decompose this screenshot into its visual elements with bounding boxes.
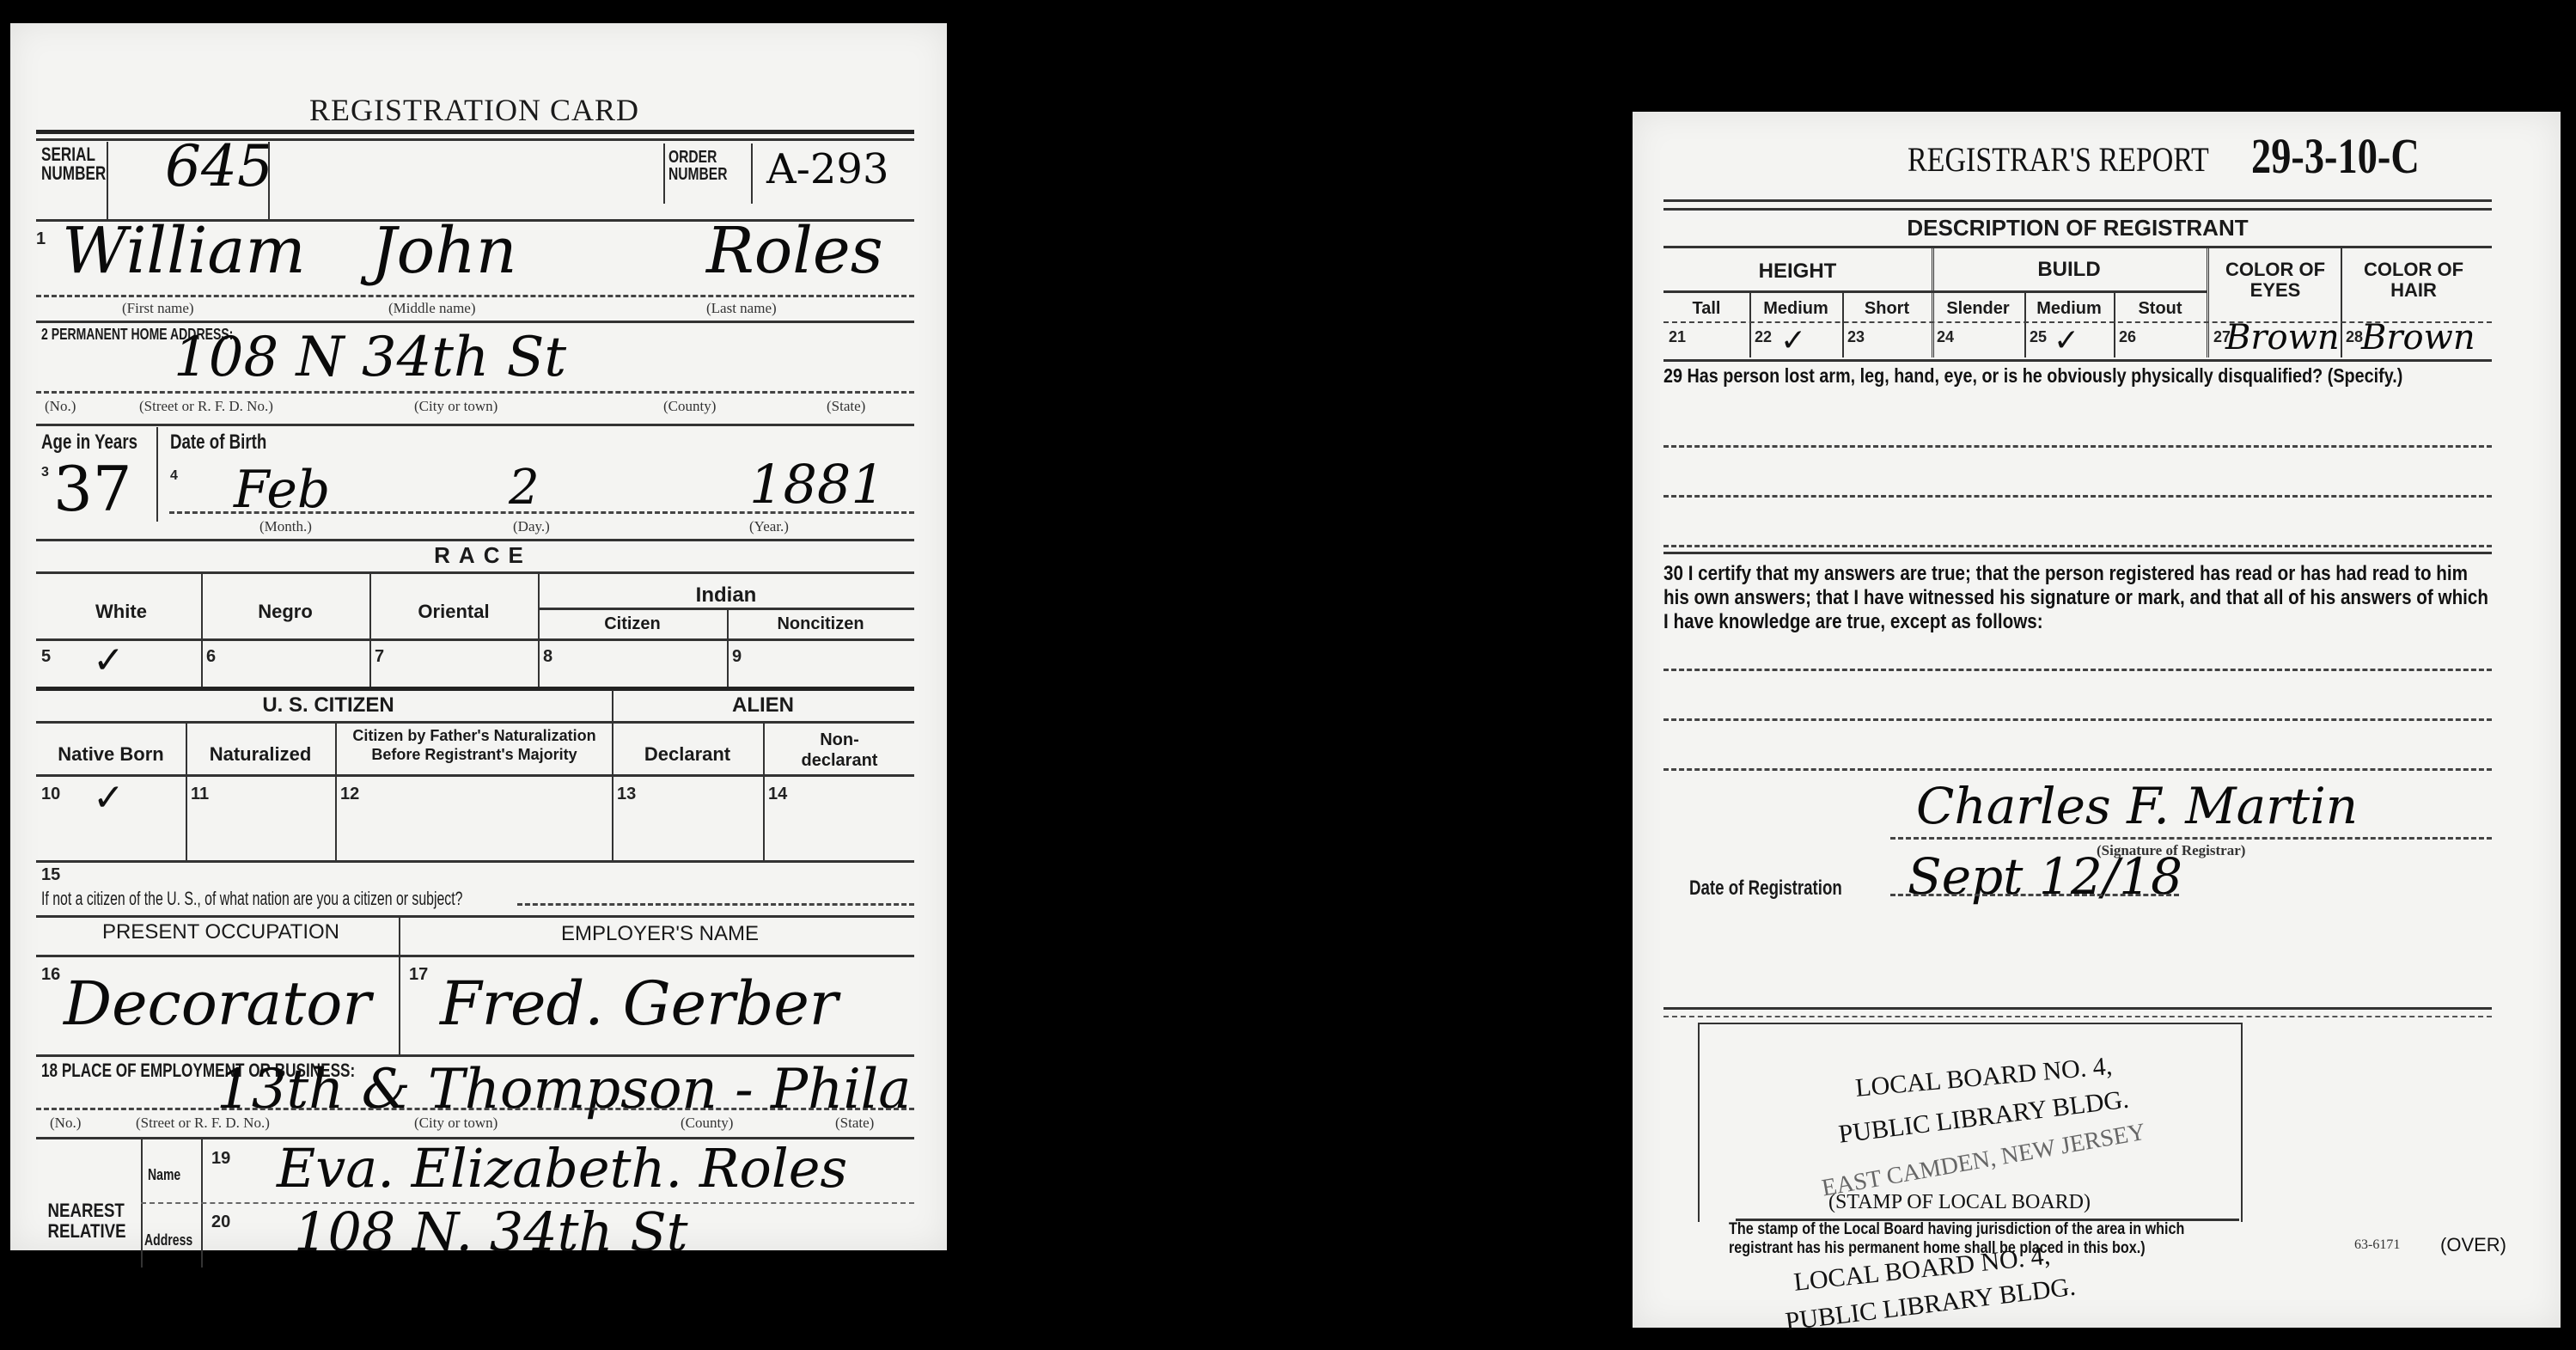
- height-short-label: Short: [1842, 299, 1932, 319]
- field-number: 25: [2030, 328, 2047, 346]
- build-medium-check: ✓: [2054, 323, 2079, 358]
- question-30-certification: 30 I certify that my answers are true; t…: [1663, 562, 2491, 634]
- field-number: 22: [1755, 328, 1772, 346]
- hair-color-heading: COLOR OF HAIR: [2358, 260, 2469, 301]
- registration-card-affirmation: [10, 23, 947, 1250]
- date-of-registration-label: Date of Registration: [1689, 877, 1842, 901]
- field-number: 26: [2119, 328, 2136, 346]
- height-medium-label: Medium: [1749, 299, 1842, 319]
- field-number: 23: [1847, 328, 1865, 346]
- build-stout-label: Stout: [2114, 299, 2207, 319]
- build-slender-label: Slender: [1932, 299, 2024, 319]
- registrars-report-title: REGISTRAR'S REPORT: [1908, 139, 2209, 180]
- eye-color-heading: COLOR OF EYES: [2224, 260, 2327, 301]
- question-29: 29 Has person lost arm, leg, hand, eye, …: [1663, 364, 2476, 387]
- build-heading: BUILD: [1932, 258, 2207, 282]
- over-indicator: (OVER): [2440, 1234, 2506, 1256]
- registrar-signature: Charles F. Martin: [1916, 777, 2358, 835]
- build-medium-label: Medium: [2024, 299, 2114, 319]
- eye-color-value: Brown: [2225, 318, 2340, 357]
- hair-color-value: Brown: [2361, 318, 2475, 357]
- height-heading: HEIGHT: [1663, 260, 1932, 284]
- registrars-report-card: REGISTRAR'S REPORT 29-3-10-C DESCRIPTION…: [1633, 112, 2561, 1328]
- field-number: 24: [1937, 328, 1954, 346]
- local-board-stamp-box: LOCAL BOARD NO. 4, PUBLIC LIBRARY BLDG. …: [1698, 1023, 2243, 1222]
- stamp-code: 29-3-10-C: [2251, 127, 2420, 185]
- field-number: 21: [1669, 328, 1686, 346]
- date-of-registration-value: Sept 12/18: [1908, 847, 2182, 906]
- form-code: 63-6171: [2354, 1237, 2400, 1253]
- stamp-caption: (STAMP OF LOCAL BOARD): [1828, 1191, 2091, 1214]
- height-medium-check: ✓: [1780, 323, 1806, 358]
- description-heading: DESCRIPTION OF REGISTRANT: [1663, 215, 2492, 241]
- height-tall-label: Tall: [1663, 299, 1749, 319]
